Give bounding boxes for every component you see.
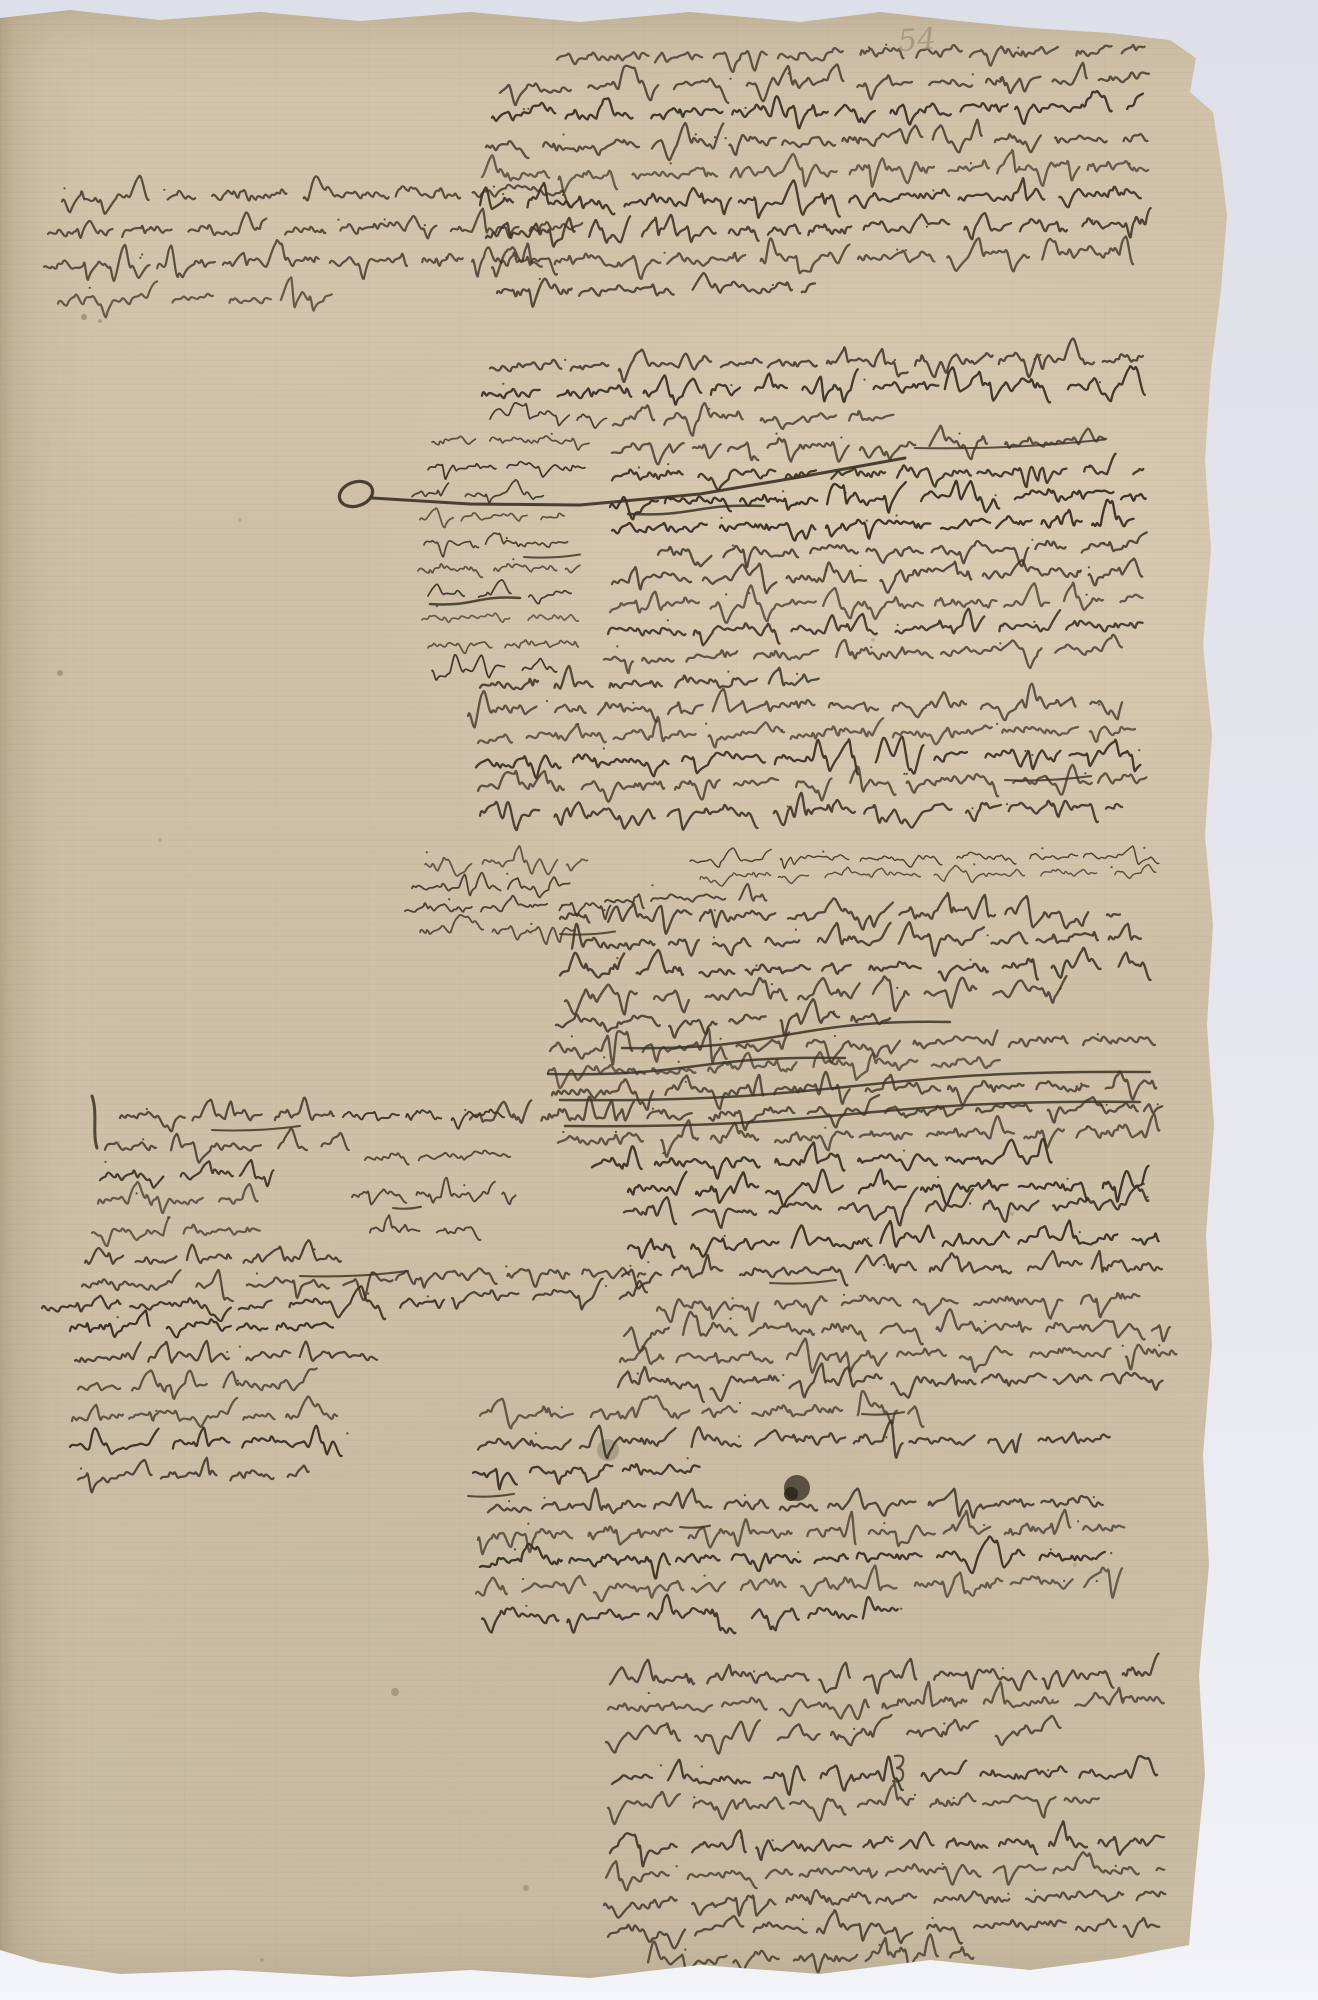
manuscript-page: 54 <box>0 0 1318 2000</box>
handwriting-layer <box>0 0 1318 2000</box>
page-number: 54 <box>897 20 959 59</box>
scanned-manuscript: 54 <box>0 0 1318 2000</box>
